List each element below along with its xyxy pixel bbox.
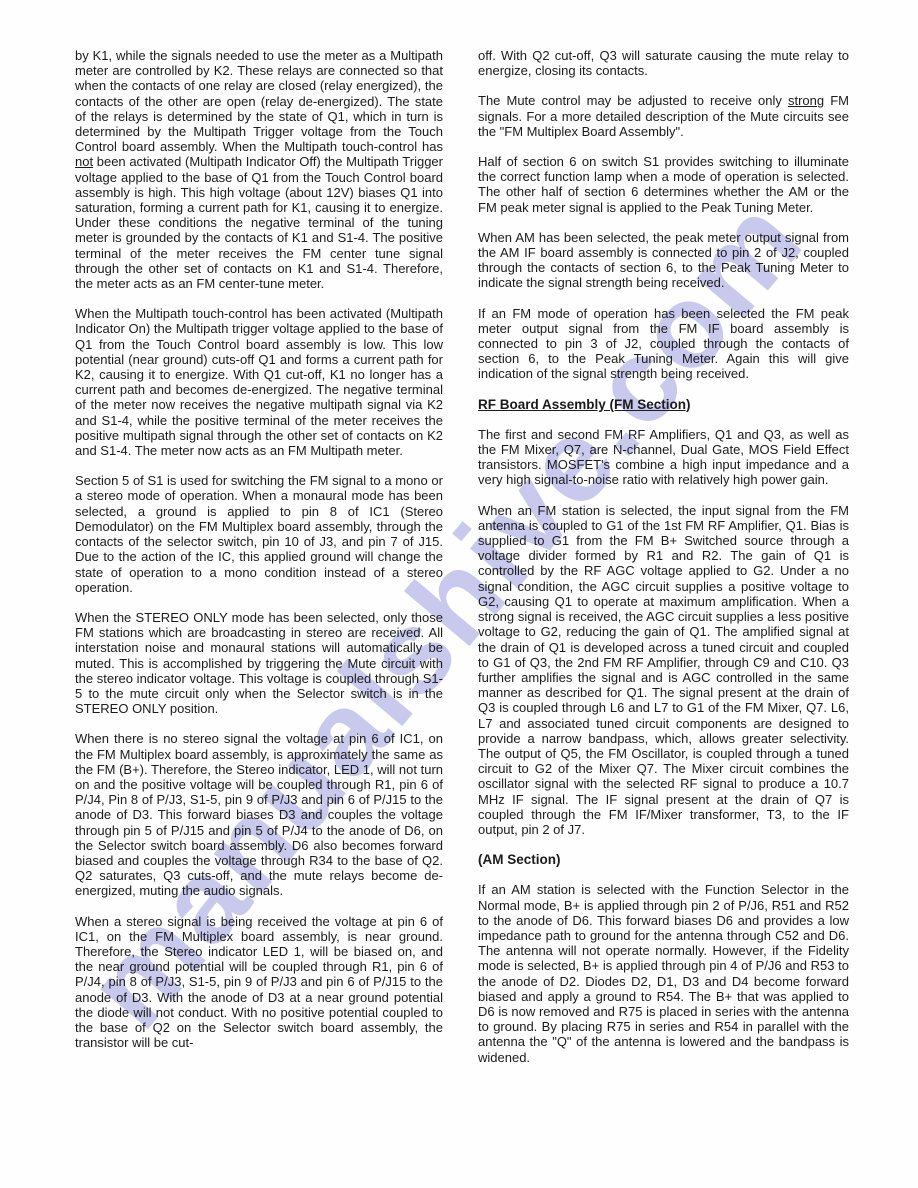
paragraph-stereo-signal-received: When a stereo signal is being received t… xyxy=(75,914,443,1051)
paragraph-section6-switching: Half of section 6 on switch S1 provides … xyxy=(478,154,849,215)
paragraph-q2-cutoff: off. With Q2 cut-off, Q3 will saturate c… xyxy=(478,48,849,78)
scanned-manual-page: manualshive.com by K1, while the signals… xyxy=(0,0,918,1188)
right-column: off. With Q2 cut-off, Q3 will saturate c… xyxy=(478,48,849,1080)
paragraph-fm-station-selected: When an FM station is selected, the inpu… xyxy=(478,503,849,837)
paragraph-fm-rf-amplifiers: The first and second FM RF Amplifiers, Q… xyxy=(478,427,849,488)
paragraph-no-stereo-signal: When there is no stereo signal the volta… xyxy=(75,731,443,898)
section-heading-am-section: (AM Section) xyxy=(478,852,849,867)
section-heading-rf-board-assembly: RF Board Assembly (FM Section) xyxy=(478,397,849,412)
left-column: by K1, while the signals needed to use t… xyxy=(75,48,443,1065)
paragraph-fm-mode-meter: If an FM mode of operation has been sele… xyxy=(478,306,849,382)
paragraph-stereo-only-mode: When the STEREO ONLY mode has been selec… xyxy=(75,610,443,716)
paragraph-multipath-relays: by K1, while the signals needed to use t… xyxy=(75,48,443,291)
paragraph-section5-switching: Section 5 of S1 is used for switching th… xyxy=(75,473,443,595)
paragraph-mute-control: The Mute control may be adjusted to rece… xyxy=(478,93,849,139)
paragraph-multipath-activated: When the Multipath touch-control has bee… xyxy=(75,306,443,458)
paragraph-am-station-selected: If an AM station is selected with the Fu… xyxy=(478,882,849,1064)
paragraph-am-selected-meter: When AM has been selected, the peak mete… xyxy=(478,230,849,291)
